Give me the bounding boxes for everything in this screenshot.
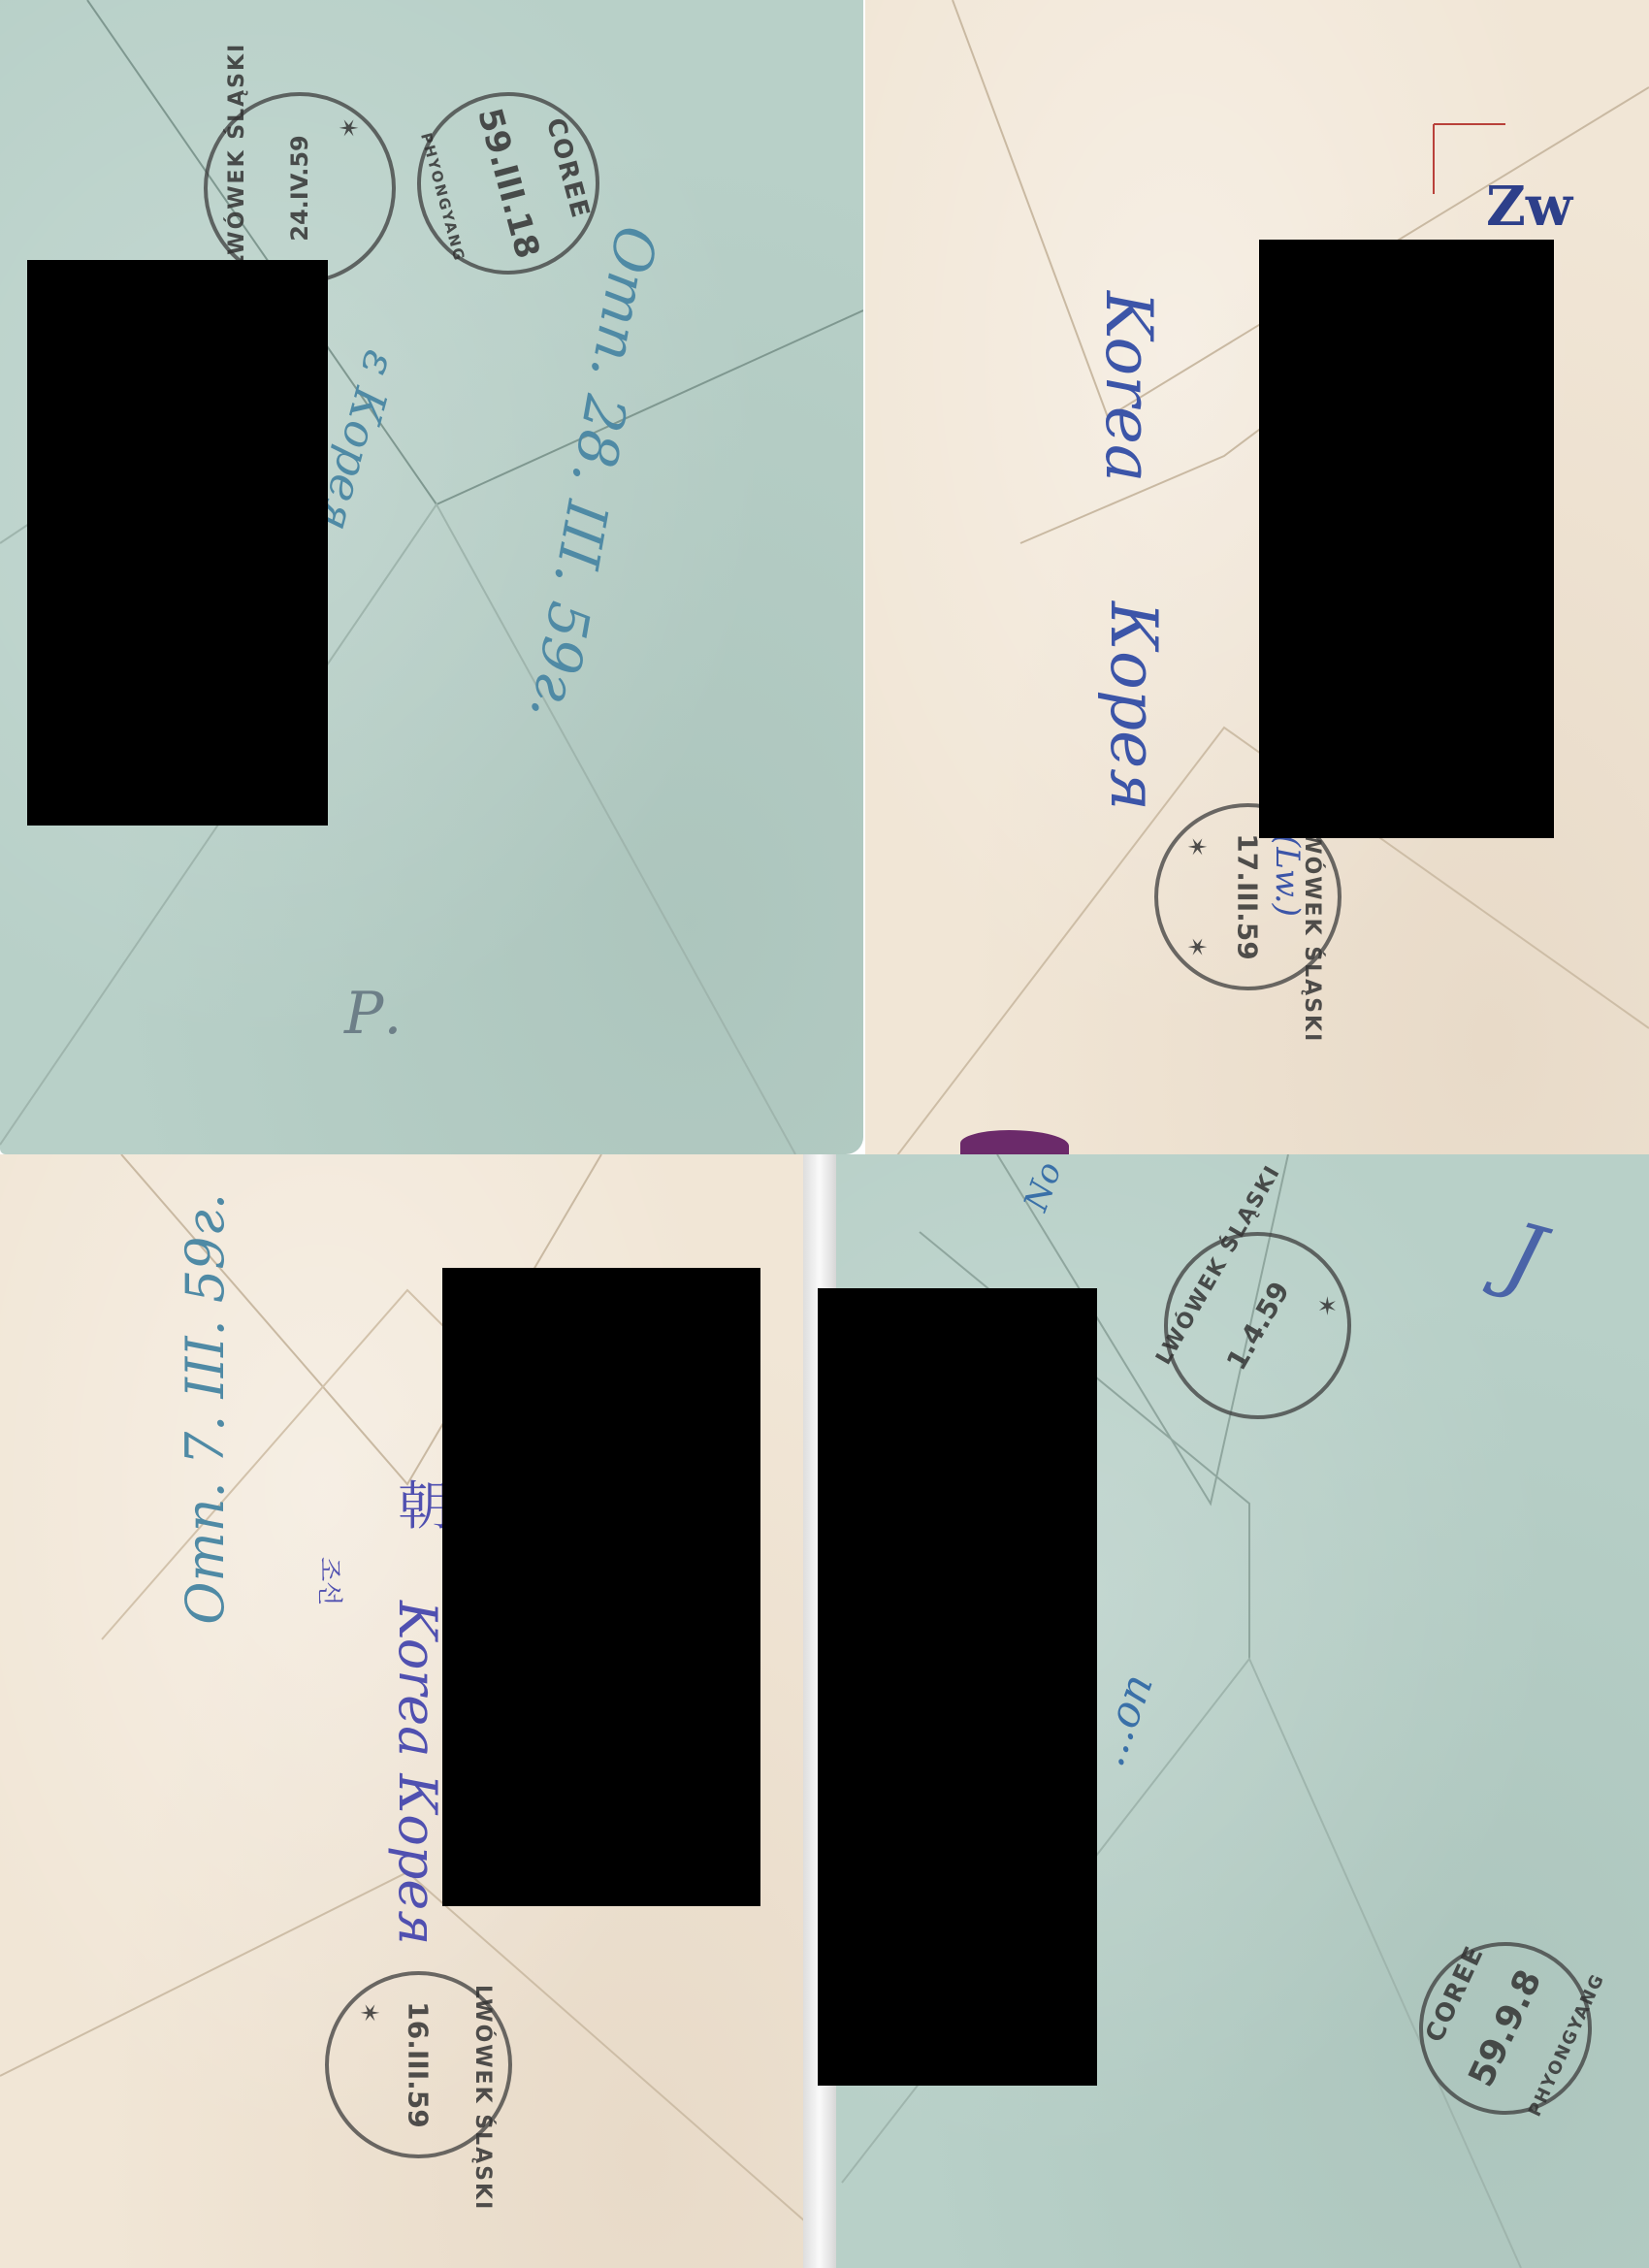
redaction-block: [442, 1268, 760, 1906]
handwritten-annotation: (Lw.): [1268, 834, 1307, 917]
handwritten-mark: J: [1495, 1203, 1554, 1309]
star-icon: ✶: [1181, 836, 1211, 858]
postmark-ring-text: COREE: [1420, 1941, 1490, 2047]
star-icon: ✶: [354, 2002, 383, 2024]
handwritten-date-note: Отп. 28. III. 59г.: [518, 221, 669, 725]
envelope-bottom-left: Отп. 7. III. 59г. 朝 조선 Korea Корея LWÓWE…: [0, 1154, 805, 2268]
postmark-ring-text: COREE: [540, 115, 596, 223]
handwritten-korean: 조선: [313, 1557, 349, 1605]
handwritten-country-cyrillic: Корея: [1096, 601, 1171, 811]
star-icon: ✶: [1181, 936, 1211, 957]
handwritten-number: No: [1017, 1157, 1070, 1216]
redaction-block: [818, 1288, 1097, 2086]
envelope-top-right: Zw Korea Корея LWÓWEK ŚLĄSKI 17.III.59 ✶…: [865, 0, 1649, 1159]
postmark-lwowek-slaski: LWÓWEK ŚLĄSKI 16.III.59 ✶: [325, 1971, 512, 2158]
postmark-ring-text: LWÓWEK ŚLĄSKI: [225, 43, 249, 269]
postmark-date: 16.III.59: [403, 2001, 435, 2127]
postmark-lwowek-slaski: LWÓWEK ŚLĄSKI 24.IV.59 ✶: [204, 92, 396, 284]
postmark-coree: COREE 59.III.18 PHYONGYANG: [397, 72, 620, 295]
star-icon: ✶: [336, 117, 365, 139]
postmark-coree-phyongyang: COREE 59.9.8 PHYONGYANG: [1391, 1914, 1621, 2144]
postmark-ring-text-2: PHYONGYANG: [417, 131, 469, 264]
postmark-date: 17.III.59: [1232, 833, 1264, 959]
star-icon: ✶: [1310, 1290, 1346, 1323]
handwritten-date-note: Отп. 7. III. 59г.: [175, 1193, 236, 1625]
envelope-bottom-right: LWÓWEK ŚLĄSKI 1.4.59 ✶ J No ...on COREE …: [803, 1154, 1649, 2268]
handwritten-mark: Р.: [344, 980, 402, 1048]
handwritten-country-latin: Korea: [1091, 291, 1166, 482]
handwritten-mark: Zw: [1486, 175, 1572, 239]
redaction-block: [1259, 240, 1554, 838]
postmark-ring-text: LWÓWEK ŚLĄSKI: [470, 1985, 495, 2211]
postmark-lwowek-slaski: LWÓWEK ŚLĄSKI 1.4.59 ✶: [1130, 1198, 1386, 1454]
redaction-block: [27, 260, 328, 826]
handwritten-country: Korea Корея: [387, 1601, 448, 1945]
postmark-date: 59.III.18: [469, 104, 547, 262]
postmark-date: 24.IV.59: [286, 135, 313, 241]
envelope-top-left: LWÓWEK ŚLĄSKI 24.IV.59 ✶ COREE 59.III.18…: [0, 0, 863, 1154]
postmark-date: 1.4.59: [1219, 1276, 1295, 1375]
